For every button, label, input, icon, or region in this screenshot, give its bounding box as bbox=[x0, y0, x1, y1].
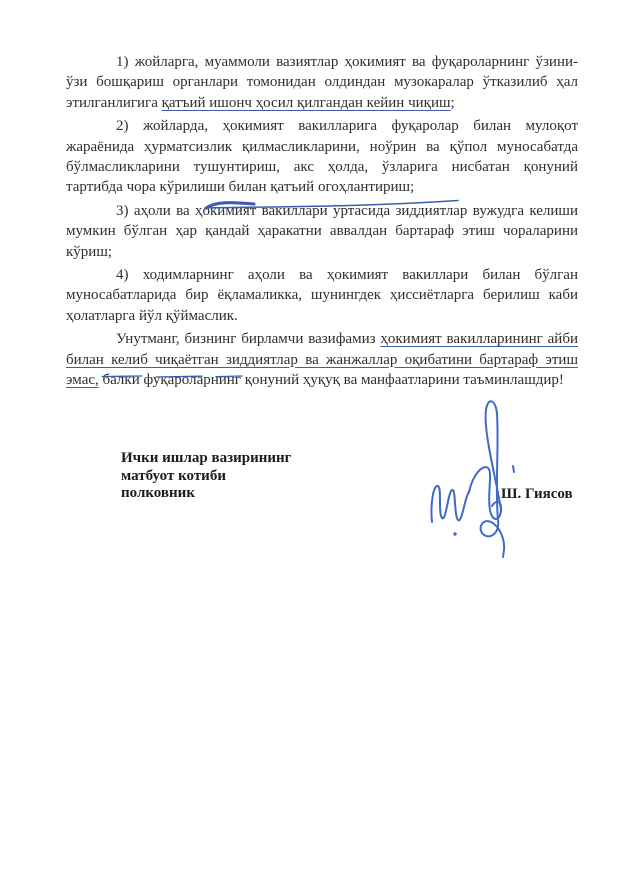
signer-title-line: полковник bbox=[121, 485, 291, 503]
text-segment: ; bbox=[451, 95, 455, 111]
signer-title-line: матбуот котиби bbox=[121, 468, 291, 486]
text-segment: Унутманг, бизнинг бирламчи вазифамиз bbox=[116, 331, 380, 347]
paragraph-1: 1) жойларга, муаммоли вазиятлар ҳокимият… bbox=[66, 52, 578, 113]
paragraph-2: 2) жойларда, ҳокимият вакилларига фуқаро… bbox=[66, 116, 578, 198]
text-segment: 2) жойларда, ҳокимият вакилларига фуқаро… bbox=[66, 118, 578, 195]
text-segment: 3) аҳоли ва ҳокимият вакиллари ўртасида … bbox=[66, 203, 578, 260]
paragraph-5: Унутманг, бизнинг бирламчи вазифамиз ҳок… bbox=[66, 329, 578, 390]
paragraph-4: 4) ходимларнинг аҳоли ва ҳокимият вакилл… bbox=[66, 265, 578, 326]
scanned-document-page: 1) жойларга, муаммоли вазиятлар ҳокимият… bbox=[0, 0, 628, 886]
text-segment: 4) ходимларнинг аҳоли ва ҳокимият вакилл… bbox=[66, 267, 578, 324]
signature-title-block: Ички ишлар вазирининг матбуот котиби пол… bbox=[121, 450, 291, 503]
signer-name: Ш. Гиясов bbox=[501, 486, 573, 503]
underlined-text: қатъий ишонч ҳосил қилгандан кейин чиқиш bbox=[162, 95, 451, 111]
signer-title-line: Ички ишлар вазирининг bbox=[121, 450, 291, 468]
paragraph-3: 3) аҳоли ва ҳокимият вакиллари ўртасида … bbox=[66, 201, 578, 262]
document-body: 1) жойларга, муаммоли вазиятлар ҳокимият… bbox=[66, 52, 578, 394]
text-segment: балки фуқароларнинг қонуний ҳуқуқ ва ман… bbox=[99, 372, 564, 388]
handwritten-signature-icon bbox=[425, 398, 540, 563]
